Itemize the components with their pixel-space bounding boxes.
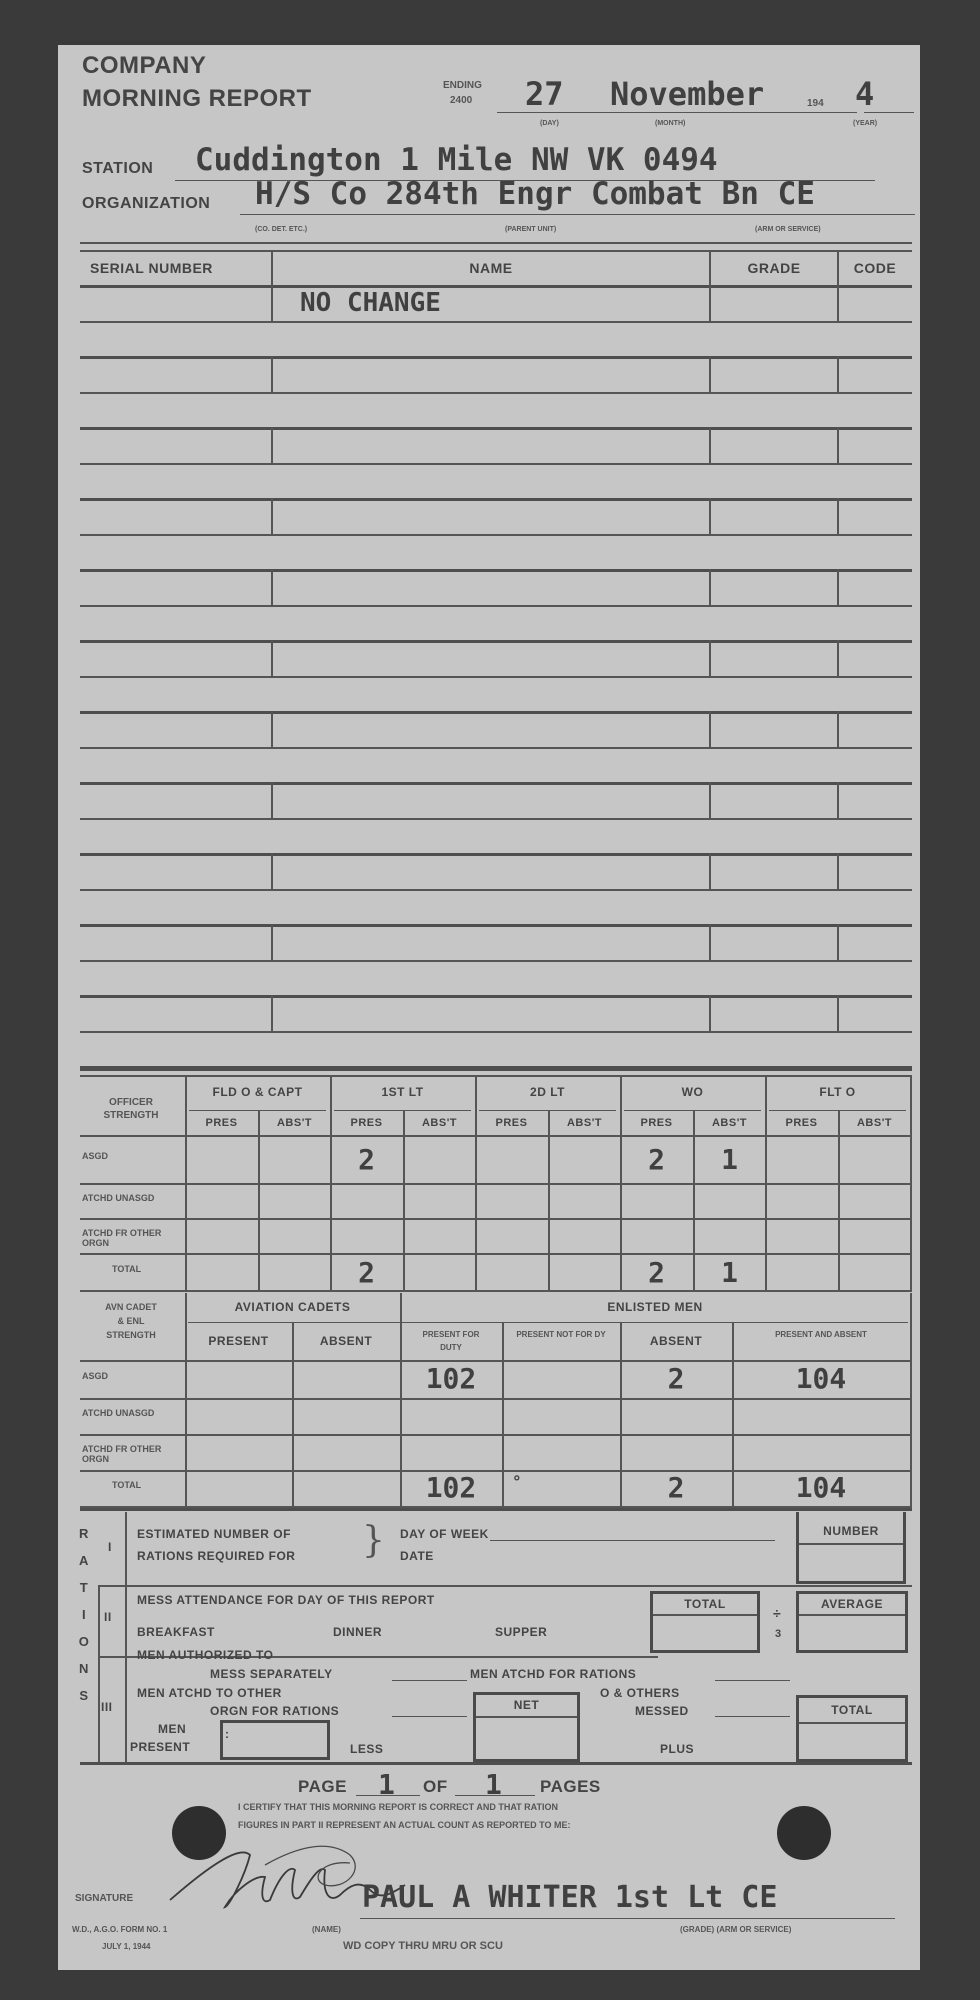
officer-strength-title-2: STRENGTH [80, 1110, 182, 1121]
organization-label: ORGANIZATION [82, 195, 210, 213]
plus-label: PLUS [660, 1742, 694, 1756]
report-month: November [610, 75, 764, 113]
enlisted-count-cell[interactable] [292, 1472, 400, 1504]
rations-total-label: TOTAL [796, 1703, 908, 1717]
col-grade: GRADE [710, 260, 838, 276]
roster-row[interactable] [80, 749, 912, 782]
officer-count-cell[interactable] [838, 1257, 911, 1288]
roster-row[interactable] [80, 855, 912, 888]
officer-count-cell[interactable] [765, 1139, 838, 1181]
orgn-for-rations-label: ORGN FOR RATIONS [210, 1704, 339, 1718]
officer-count-cell[interactable] [475, 1187, 548, 1216]
enlisted-count-cell[interactable] [502, 1400, 620, 1432]
enlisted-title-1: AVN CADET [80, 1302, 182, 1312]
day-of-week-label: DAY OF WEEK [400, 1527, 489, 1541]
rations-part-ii: II [104, 1610, 112, 1624]
enlisted-row-label: ASGD [82, 1371, 182, 1381]
enlisted-col-label: ABSENT [620, 1335, 732, 1348]
enlisted-count-cell[interactable]: 2 [620, 1362, 732, 1396]
officer-count-cell[interactable] [620, 1222, 693, 1251]
roster-row[interactable] [80, 997, 912, 1030]
less-label: LESS [350, 1742, 383, 1756]
officer-count-cell[interactable] [403, 1187, 476, 1216]
report-year-digit: 4 [855, 75, 874, 113]
officer-count-cell[interactable] [403, 1139, 476, 1181]
men-present-colon: : [225, 1727, 230, 1741]
roster-row[interactable] [80, 926, 912, 959]
col-name: NAME [272, 260, 710, 276]
month-caption: (MONTH) [655, 120, 685, 127]
mess-attendance-label: MESS ATTENDANCE FOR DAY OF THIS REPORT [137, 1593, 435, 1607]
roster-row[interactable] [80, 429, 912, 462]
number-label: NUMBER [796, 1524, 906, 1538]
officer-count-cell[interactable] [258, 1139, 331, 1181]
supper-label: SUPPER [495, 1625, 547, 1639]
organization-value: H/S Co 284th Engr Combat Bn CE [255, 176, 815, 212]
officer-subcol-label: PRES [765, 1117, 838, 1129]
ending-time: 2400 [450, 95, 472, 106]
roster-row[interactable] [80, 891, 912, 924]
enlisted-count-cell[interactable]: 102 [400, 1472, 502, 1504]
enlisted-count-cell[interactable] [732, 1400, 910, 1432]
officer-count-cell[interactable] [838, 1139, 911, 1181]
rations-part-i: I [108, 1540, 112, 1554]
officer-count-cell[interactable]: 1 [693, 1257, 766, 1288]
enlisted-count-cell[interactable] [292, 1362, 400, 1396]
men-atchd-for-rations-label: MEN ATCHD FOR RATIONS [470, 1667, 636, 1681]
officer-count-cell[interactable] [548, 1257, 621, 1288]
officer-count-cell[interactable] [475, 1257, 548, 1288]
average-label: AVERAGE [796, 1597, 908, 1611]
enlisted-col-label: PRESENT [185, 1335, 292, 1348]
enlisted-count-cell[interactable] [292, 1436, 400, 1468]
roster-row[interactable] [80, 287, 912, 320]
roster-row[interactable] [80, 323, 912, 356]
page-label: PAGE [298, 1777, 347, 1797]
day-caption: (DAY) [540, 120, 559, 127]
officer-count-cell[interactable] [185, 1139, 258, 1181]
rations-side-label: RATIONS [78, 1520, 90, 1709]
page-number: 1 [378, 1768, 395, 1801]
enlisted-title-3: STRENGTH [80, 1330, 182, 1340]
enlisted-count-cell[interactable] [292, 1400, 400, 1432]
punch-hole-right [777, 1806, 831, 1860]
enlisted-col-label: ABSENT [292, 1335, 400, 1348]
officer-subcol-label: ABS'T [838, 1117, 911, 1129]
officer-group-label: WO [620, 1085, 765, 1099]
form-title-morning-report: MORNING REPORT [82, 85, 312, 113]
roster-row[interactable] [80, 394, 912, 427]
officer-subcol-label: ABS'T [258, 1117, 331, 1129]
enlisted-count-cell[interactable]: 2 [620, 1472, 732, 1504]
estimated-number-label: ESTIMATED NUMBER OF [137, 1527, 291, 1541]
roster-row[interactable] [80, 536, 912, 569]
officer-count-cell[interactable]: 2 [330, 1257, 403, 1288]
enlisted-count-cell[interactable] [400, 1400, 502, 1432]
men-atchd-other-label: MEN ATCHD TO OTHER [137, 1686, 282, 1700]
number-box [796, 1512, 906, 1584]
enlisted-count-cell[interactable] [620, 1436, 732, 1468]
enlisted-count-cell[interactable] [185, 1436, 292, 1468]
col-code: CODE [838, 260, 912, 276]
officer-count-cell[interactable] [693, 1222, 766, 1251]
rations-required-label: RATIONS REQUIRED FOR [137, 1549, 295, 1563]
roster-row[interactable] [80, 642, 912, 675]
year-caption: (YEAR) [853, 120, 877, 127]
form-date: JULY 1, 1944 [102, 1942, 150, 1951]
officer-count-cell[interactable] [548, 1222, 621, 1251]
org-caption-unit: (CO. DET. ETC.) [255, 226, 307, 233]
officer-count-cell[interactable] [838, 1187, 911, 1216]
o-others-label: O & OTHERS [600, 1686, 680, 1700]
officer-count-cell[interactable] [548, 1187, 621, 1216]
station-value: Cuddington 1 Mile NW VK 0494 [195, 142, 718, 178]
signature-label: SIGNATURE [75, 1893, 133, 1904]
officer-count-cell[interactable] [330, 1222, 403, 1251]
col-serial-number: SERIAL NUMBER [90, 260, 213, 276]
officer-subcol-label: PRES [475, 1117, 548, 1129]
station-label: STATION [82, 160, 153, 178]
men-present-label-2: PRESENT [130, 1740, 190, 1754]
net-label: NET [473, 1698, 580, 1712]
roster-row[interactable] [80, 962, 912, 995]
org-caption-parent: (PARENT UNIT) [505, 226, 556, 233]
officer-count-cell[interactable] [185, 1222, 258, 1251]
men-present-label-1: MEN [158, 1722, 186, 1736]
enlisted-count-cell[interactable]: ° [512, 1472, 630, 1504]
officer-row-label: ASGD [82, 1151, 182, 1161]
enlisted-men-group: ENLISTED MEN [400, 1300, 910, 1314]
roster-row[interactable] [80, 713, 912, 746]
divisor-label: 3 [775, 1628, 782, 1640]
enlisted-count-cell[interactable]: 102 [400, 1362, 502, 1396]
officer-count-cell[interactable] [620, 1187, 693, 1216]
officer-group-label: FLD O & CAPT [185, 1085, 330, 1099]
copy-routing-note: WD COPY THRU MRU OR SCU [343, 1940, 503, 1952]
officer-count-cell[interactable] [403, 1257, 476, 1288]
divide-icon: ÷ [773, 1605, 781, 1621]
officer-count-cell[interactable] [185, 1187, 258, 1216]
messed-label: MESSED [635, 1704, 689, 1718]
officer-count-cell[interactable] [258, 1257, 331, 1288]
officer-count-cell[interactable]: 2 [330, 1139, 403, 1181]
mess-separately-label: MESS SEPARATELY [210, 1667, 333, 1681]
signer-name-grade: PAUL A WHITER 1st Lt CE [362, 1880, 777, 1915]
officer-count-cell[interactable] [765, 1187, 838, 1216]
officer-count-cell[interactable] [548, 1139, 621, 1181]
date-label: DATE [400, 1549, 434, 1563]
officer-group-label: 2D LT [475, 1085, 620, 1099]
brace-icon: } [362, 1520, 385, 1561]
officer-count-cell[interactable] [258, 1187, 331, 1216]
officer-subcol-label: PRES [620, 1117, 693, 1129]
enlisted-count-cell[interactable] [620, 1400, 732, 1432]
roster-row[interactable] [80, 678, 912, 711]
officer-strength-title-1: OFFICER [80, 1097, 182, 1108]
aviation-cadets-group: AVIATION CADETS [185, 1300, 400, 1314]
enlisted-col-label: PRESENT NOT FOR DY [502, 1328, 620, 1341]
breakfast-label: BREAKFAST [137, 1625, 215, 1639]
men-present-box [220, 1720, 330, 1760]
officer-group-label: 1ST LT [330, 1085, 475, 1099]
roster-row[interactable] [80, 571, 912, 604]
officer-subcol-label: ABS'T [693, 1117, 766, 1129]
certify-line-1: I CERTIFY THAT THIS MORNING REPORT IS CO… [238, 1802, 558, 1812]
officer-count-cell[interactable]: 2 [620, 1139, 693, 1181]
rations-part-iii: III [101, 1700, 113, 1714]
officer-group-label: FLT O [765, 1085, 910, 1099]
year-prefix: 194 [807, 98, 824, 109]
officer-count-cell[interactable] [330, 1187, 403, 1216]
roster-row[interactable] [80, 607, 912, 640]
officer-row-label: ATCHD UNASGD [82, 1193, 182, 1203]
officer-subcol-label: PRES [330, 1117, 403, 1129]
enlisted-col-label: PRESENT FOR DUTY [400, 1328, 502, 1354]
form-number: W.D., A.G.O. FORM NO. 1 [72, 1925, 167, 1934]
enlisted-count-cell[interactable] [502, 1362, 620, 1396]
enlisted-count-cell[interactable] [732, 1436, 910, 1468]
enlisted-col-label: PRESENT AND ABSENT [732, 1328, 910, 1341]
enlisted-title-2: & ENL [80, 1316, 182, 1326]
page-total: 1 [485, 1768, 502, 1801]
officer-count-cell[interactable] [185, 1257, 258, 1288]
roster-row[interactable] [80, 1033, 912, 1066]
officer-count-cell[interactable] [475, 1222, 548, 1251]
enlisted-row-label: ATCHD FR OTHER ORGN [82, 1444, 182, 1464]
enlisted-count-cell[interactable] [400, 1436, 502, 1468]
of-label: OF [423, 1777, 448, 1797]
enlisted-row-label: ATCHD UNASGD [82, 1408, 182, 1418]
grade-service-caption: (GRADE) (ARM OR SERVICE) [680, 1925, 791, 1934]
officer-count-cell[interactable]: 2 [620, 1257, 693, 1288]
officer-count-cell[interactable] [693, 1187, 766, 1216]
officer-count-cell[interactable] [838, 1222, 911, 1251]
officer-count-cell[interactable] [765, 1222, 838, 1251]
officer-count-cell[interactable] [475, 1139, 548, 1181]
report-day: 27 [525, 75, 564, 113]
officer-subcol-label: PRES [185, 1117, 258, 1129]
roster-row[interactable] [80, 465, 912, 498]
enlisted-count-cell[interactable] [185, 1400, 292, 1432]
officer-count-cell[interactable] [403, 1222, 476, 1251]
officer-count-cell[interactable] [258, 1222, 331, 1251]
officer-row-label: ATCHD FR OTHER ORGN [82, 1228, 182, 1248]
officer-subcol-label: ABS'T [548, 1117, 621, 1129]
enlisted-count-cell[interactable] [502, 1436, 620, 1468]
certify-line-2: FIGURES IN PART II REPRESENT AN ACTUAL C… [238, 1820, 571, 1830]
men-authorized-label: MEN AUTHORIZED TO [137, 1648, 274, 1662]
pages-label: PAGES [540, 1777, 601, 1797]
enlisted-count-cell[interactable] [185, 1362, 292, 1396]
form-title-company: COMPANY [82, 52, 206, 80]
officer-count-cell[interactable] [765, 1257, 838, 1288]
dinner-label: DINNER [333, 1625, 382, 1639]
enlisted-count-cell[interactable]: 104 [732, 1362, 910, 1396]
officer-subcol-label: ABS'T [403, 1117, 476, 1129]
roster-row[interactable] [80, 358, 912, 391]
officer-count-cell[interactable]: 1 [693, 1139, 766, 1181]
mess-total-label: TOTAL [650, 1597, 760, 1611]
roster-row[interactable] [80, 500, 912, 533]
org-caption-service: (ARM OR SERVICE) [755, 226, 821, 233]
enlisted-count-cell[interactable]: 104 [732, 1472, 910, 1504]
enlisted-count-cell[interactable] [185, 1472, 292, 1504]
ending-label: ENDING [443, 80, 482, 91]
roster-row[interactable] [80, 784, 912, 817]
name-caption: (NAME) [312, 1925, 341, 1934]
roster-row[interactable] [80, 820, 912, 853]
